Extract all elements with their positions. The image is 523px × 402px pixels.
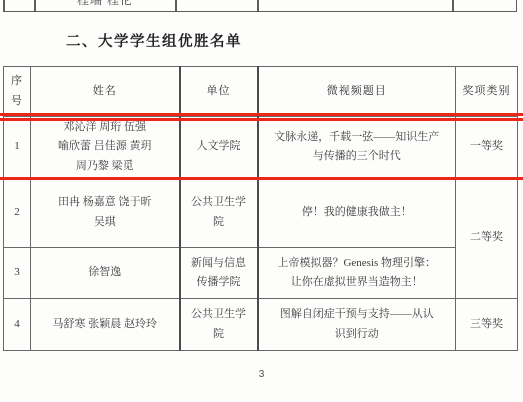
table-gridline [257,0,259,11]
winners-table: 序 号 姓名 单位 微视频题目 奖项类别 1 邓沁洋 周珩 伍强 喻欣蕾 吕佳源… [3,66,518,351]
header-index: 序 号 [4,67,31,117]
red-annotation-line-bottom [0,177,523,180]
table-gridline [175,0,177,11]
cell-names: 田冉 杨嘉意 饶于昕 吴琪 [31,178,180,248]
previous-table-fragment: 程端 程伦 [3,0,517,12]
cell-names: 邓沁洋 周珩 伍强 喻欣蕾 吕佳源 黄玥 周乃黎 梁觅 [31,117,180,178]
cell-index: 3 [4,248,31,299]
cell-names: 徐智逸 [31,248,180,299]
header-name: 姓名 [31,67,180,117]
cell-names: 马舒寒 张颖晨 赵玲玲 [31,299,180,351]
cell-unit: 公共卫生学 院 [180,178,258,248]
cell-index: 1 [4,117,31,178]
red-annotation-line-second [0,118,523,121]
header-unit: 单位 [180,67,258,117]
cell-title: 文脉永递，千载一弦——知识生产 与传播的三个时代 [258,117,456,178]
cell-title: 上帝模拟器？Genesis 物理引擎： 让你在虚拟世界当造物主！ [258,248,456,299]
table-row: 2 田冉 杨嘉意 饶于昕 吴琪 公共卫生学 院 停！我的健康我做主！ 二等奖 [4,178,518,248]
table-gridline [452,0,454,11]
table-row: 4 马舒寒 张颖晨 赵玲玲 公共卫生学 院 图解自闭症干预与支持——从认 识到行… [4,299,518,351]
document-page: 程端 程伦 二、大学学生组优胜名单 序 号 姓名 单位 微视频题目 奖项类别 1… [0,0,523,402]
header-title: 微视频题目 [258,67,456,117]
page-number: 3 [0,369,523,380]
cell-unit: 人文学院 [180,117,258,178]
cell-title: 停！我的健康我做主！ [258,178,456,248]
table-gridline [516,0,518,11]
section-heading: 二、大学学生组优胜名单 [66,30,242,51]
header-award: 奖项类别 [456,67,518,117]
cell-award: 三等奖 [456,299,518,351]
cell-title: 图解自闭症干预与支持——从认 识到行动 [258,299,456,351]
cell-award: 一等奖 [456,117,518,178]
table-row: 3 徐智逸 新闻与信息 传播学院 上帝模拟器？Genesis 物理引擎： 让你在… [4,248,518,299]
cell-index: 4 [4,299,31,351]
table-gridline [3,0,5,11]
table-row: 1 邓沁洋 周珩 伍强 喻欣蕾 吕佳源 黄玥 周乃黎 梁觅 人文学院 文脉永递，… [4,117,518,178]
previous-table-names: 程端 程伦 [35,0,175,8]
cell-award-merged: 二等奖 [456,178,518,299]
red-annotation-line-top [0,113,523,116]
table-header-row: 序 号 姓名 单位 微视频题目 奖项类别 [4,67,518,117]
cell-unit: 新闻与信息 传播学院 [180,248,258,299]
cell-unit: 公共卫生学 院 [180,299,258,351]
cell-index: 2 [4,178,31,248]
